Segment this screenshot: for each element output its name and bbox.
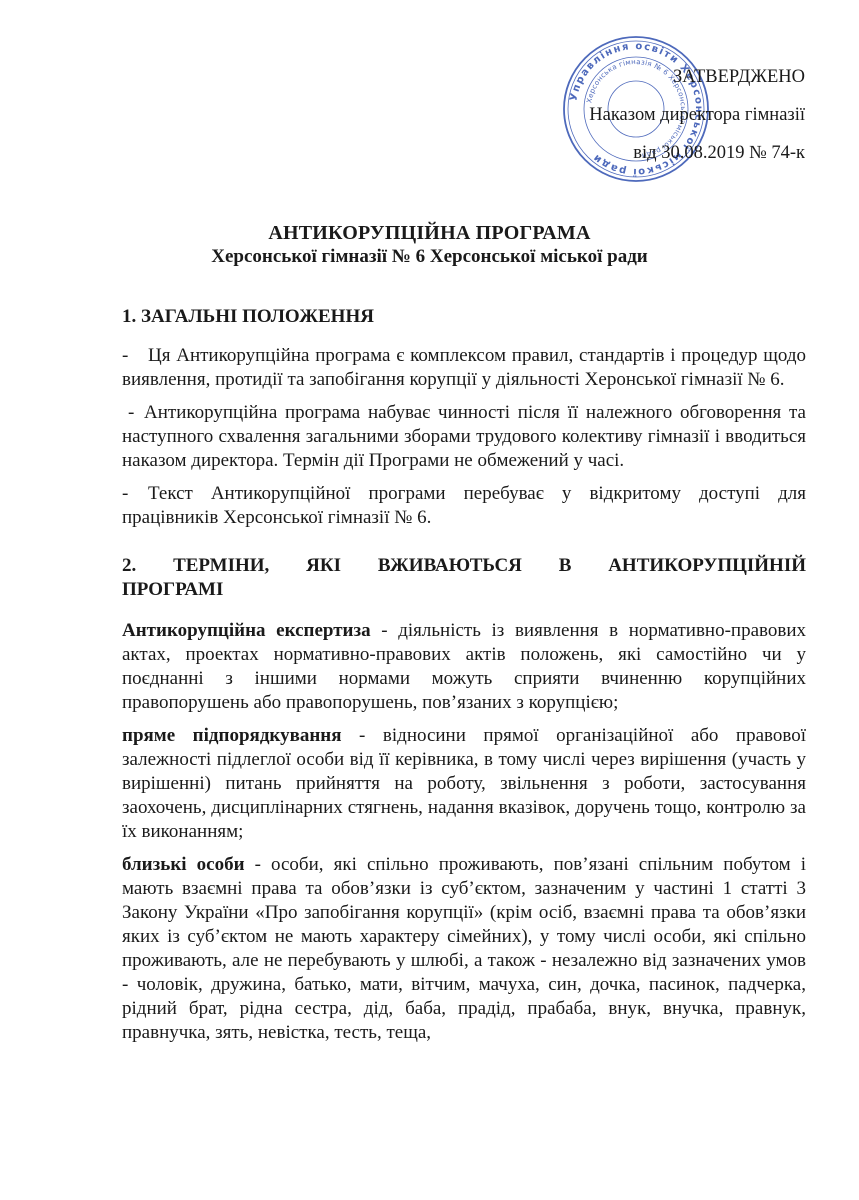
section-1-heading: 1. ЗАГАЛЬНІ ПОЛОЖЕННЯ	[122, 305, 806, 329]
approval-label: ЗАТВЕРДЖЕНО	[589, 58, 805, 96]
list-dash: -	[122, 344, 148, 368]
section-1-paragraph: -Антикорупційна програма набуває чинност…	[122, 401, 806, 473]
section-1-paragraph: -Текст Антикорупційної програми перебува…	[122, 482, 806, 530]
document-title-block: АНТИКОРУПЦІЙНА ПРОГРАМА Херсонської гімн…	[0, 221, 859, 269]
document-subtitle: Херсонської гімназії № 6 Херсонської міс…	[0, 245, 859, 269]
approval-block: ЗАТВЕРДЖЕНО Наказом директора гімназії в…	[589, 58, 805, 172]
paragraph-text: Антикорупційна програма набуває чинності…	[122, 402, 806, 471]
document-body: 1. ЗАГАЛЬНІ ПОЛОЖЕННЯ -Ця Антикорупційна…	[122, 305, 806, 1054]
paragraph-text: Текст Антикорупційної програми перебуває…	[122, 483, 806, 528]
term-definition: пряме підпорядкування - відносини прямої…	[122, 724, 806, 844]
paragraph-text: Ця Антикорупційна програма є комплексом …	[122, 345, 806, 390]
term-text: - особи, які спільно проживають, пов’яза…	[122, 854, 806, 1043]
section-2-heading: 2. ТЕРМІНИ, ЯКІ ВЖИВАЮТЬСЯ В АНТИКОРУПЦІ…	[122, 554, 806, 602]
term-definition: Антикорупційна експертиза - діяльність і…	[122, 619, 806, 715]
list-dash: -	[122, 482, 148, 506]
document-title: АНТИКОРУПЦІЙНА ПРОГРАМА	[0, 221, 859, 245]
term-name: Антикорупційна експертиза	[122, 620, 371, 641]
document-page: Управління освіти Херсонської міської ра…	[0, 0, 859, 1200]
term-name: близькі особи	[122, 854, 245, 875]
list-dash: -	[122, 401, 144, 425]
term-name: пряме підпорядкування	[122, 725, 342, 746]
approval-order: Наказом директора гімназії	[589, 96, 805, 134]
section-1-paragraph: -Ця Антикорупційна програма є комплексом…	[122, 344, 806, 392]
term-definition: близькі особи - особи, які спільно прожи…	[122, 853, 806, 1045]
approval-date-number: від 30.08.2019 № 74-к	[589, 134, 805, 172]
